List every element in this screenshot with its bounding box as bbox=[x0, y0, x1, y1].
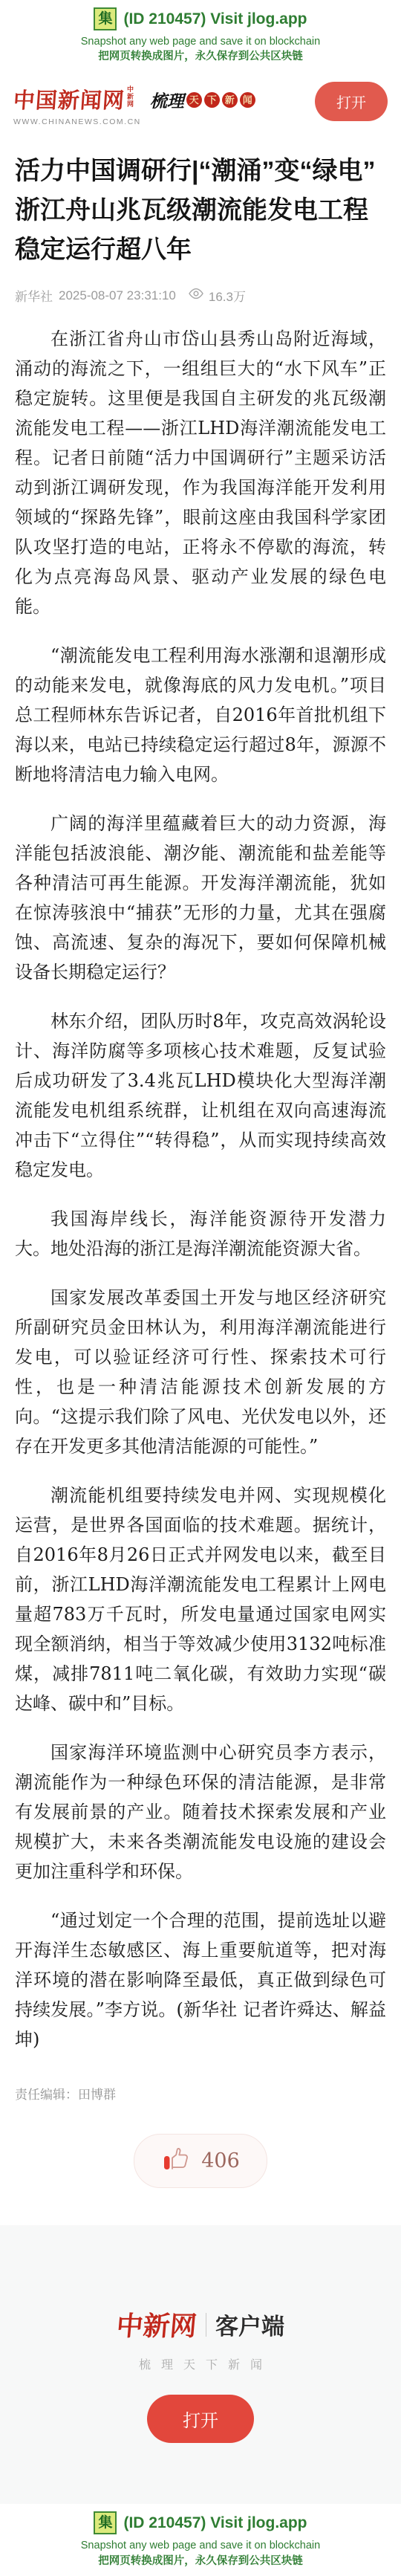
jlog-logo-icon: 集 bbox=[94, 2511, 117, 2534]
view-count: 16.3万 bbox=[209, 286, 246, 305]
slogan-banner: 梳理 天 下 新 闻 bbox=[150, 88, 255, 112]
jlog-id-text: (ID 210457) Visit jlog.app bbox=[123, 10, 307, 28]
jlog-logo-icon: 集 bbox=[94, 7, 117, 30]
chinanews-logo-text: 中国新闻网 bbox=[13, 84, 126, 114]
article-paragraph: 国家发展改革委国土开发与地区经济研究所副研究员金田林认为，利用海洋潮流能进行发电… bbox=[15, 1283, 386, 1461]
site-header: 中国新闻网 中新网 WWW.CHINANEWS.COM.CN 梳理 天 下 新 … bbox=[0, 72, 401, 135]
article-source: 新华社 bbox=[15, 286, 53, 305]
slogan-badge: 闻 bbox=[240, 92, 255, 108]
jlog-banner-top[interactable]: 集 (ID 210457) Visit jlog.app Snapshot an… bbox=[0, 0, 401, 72]
slogan-badge: 天 bbox=[186, 92, 202, 108]
article-paragraph: “通过划定一个合理的范围，提前选址以避开海洋生态敏感区、海上重要航道等，把对海洋… bbox=[15, 1906, 386, 2054]
view-counter: 16.3万 bbox=[188, 286, 246, 305]
article-paragraph: “潮流能发电工程利用海水涨潮和退潮形成的动能来发电，就像海底的风力发电机。”项目… bbox=[15, 641, 386, 789]
article-datetime: 2025-08-07 23:31:10 bbox=[59, 288, 176, 303]
open-app-button-top[interactable]: 打开 bbox=[315, 82, 388, 121]
footer-slogan: 梳理天下新闻 bbox=[10, 2355, 401, 2372]
article-paragraph: 广阔的海洋里蕴藏着巨大的动力资源，海洋能包括波浪能、潮汐能、潮流能和盐差能等各种… bbox=[15, 809, 386, 987]
article-body: 在浙江省舟山市岱山县秀山岛附近海域，涌动的海流之下，一组组巨大的“水下风车”正稳… bbox=[15, 324, 386, 2054]
jlog-id-line: 集 (ID 210457) Visit jlog.app bbox=[0, 7, 401, 30]
editor-credit: 责任编辑：田博群 bbox=[15, 2084, 386, 2103]
footer-divider bbox=[206, 2313, 206, 2337]
slogan-script-text: 梳理 bbox=[150, 88, 184, 112]
slogan-badge: 下 bbox=[204, 92, 220, 108]
article: 活力中国调研行|“潮涌”变“绿电” 浙江舟山兆瓦级潮流能发电工程稳定运行超八年 … bbox=[0, 152, 401, 2103]
open-app-button-bottom[interactable]: 打开 bbox=[147, 2395, 254, 2443]
jlog-subtitle-en: Snapshot any web page and save it on blo… bbox=[0, 2538, 401, 2553]
jlog-subtitle-zh: 把网页转换成图片，永久保存到公共区块链 bbox=[0, 49, 401, 64]
footer-client-label: 客户端 bbox=[215, 2308, 284, 2341]
jlog-subtitle-zh: 把网页转换成图片，永久保存到公共区块链 bbox=[0, 2554, 401, 2569]
jlog-subtitle-en: Snapshot any web page and save it on blo… bbox=[0, 34, 401, 49]
slogan-badge: 新 bbox=[222, 92, 238, 108]
eye-icon bbox=[188, 288, 204, 303]
chinanews-url: WWW.CHINANEWS.COM.CN bbox=[13, 117, 141, 126]
like-count: 406 bbox=[201, 2149, 240, 2172]
article-title: 活力中国调研行|“潮涌”变“绿电” 浙江舟山兆瓦级潮流能发电工程稳定运行超八年 bbox=[15, 152, 386, 270]
article-paragraph: 我国海岸线长，海洋能资源待开发潜力大。地处沿海的浙江是海洋潮流能资源大省。 bbox=[15, 1204, 386, 1263]
article-meta: 新华社 2025-08-07 23:31:10 16.3万 bbox=[15, 286, 386, 305]
jlog-id-text: (ID 210457) Visit jlog.app bbox=[123, 2514, 307, 2532]
app-promo-footer: 中新网 客户端 梳理天下新闻 打开 bbox=[0, 2225, 401, 2504]
article-paragraph: 林东介绍，团队历时8年，攻克高效涡轮设计、海洋防腐等多项核心技术难题，反复试验后… bbox=[15, 1006, 386, 1185]
chinanews-logo[interactable]: 中国新闻网 中新网 WWW.CHINANEWS.COM.CN bbox=[13, 84, 141, 126]
chinanews-logo-side-text: 中新网 bbox=[127, 85, 136, 108]
article-paragraph: 在浙江省舟山市岱山县秀山岛附近海域，涌动的海流之下，一组组巨大的“水下风车”正稳… bbox=[15, 324, 386, 621]
jlog-banner-bottom[interactable]: 集 (ID 210457) Visit jlog.app Snapshot an… bbox=[0, 2504, 401, 2576]
footer-chinanews-logo: 中新网 bbox=[115, 2305, 198, 2343]
jlog-id-line: 集 (ID 210457) Visit jlog.app bbox=[0, 2511, 401, 2534]
article-paragraph: 国家海洋环境监测中心研究员李方表示，潮流能作为一种绿色环保的清洁能源，是非常有发… bbox=[15, 1738, 386, 1886]
like-row: 406 bbox=[0, 2134, 401, 2188]
like-button[interactable]: 406 bbox=[134, 2134, 267, 2188]
footer-logo-row: 中新网 客户端 bbox=[0, 2305, 401, 2343]
article-paragraph: 潮流能机组要持续发电并网、实现规模化运营，是世界各国面临的技术难题。据统计，自2… bbox=[15, 1480, 386, 1718]
page: 集 (ID 210457) Visit jlog.app Snapshot an… bbox=[0, 0, 401, 2576]
thumbs-up-icon bbox=[161, 2146, 192, 2176]
